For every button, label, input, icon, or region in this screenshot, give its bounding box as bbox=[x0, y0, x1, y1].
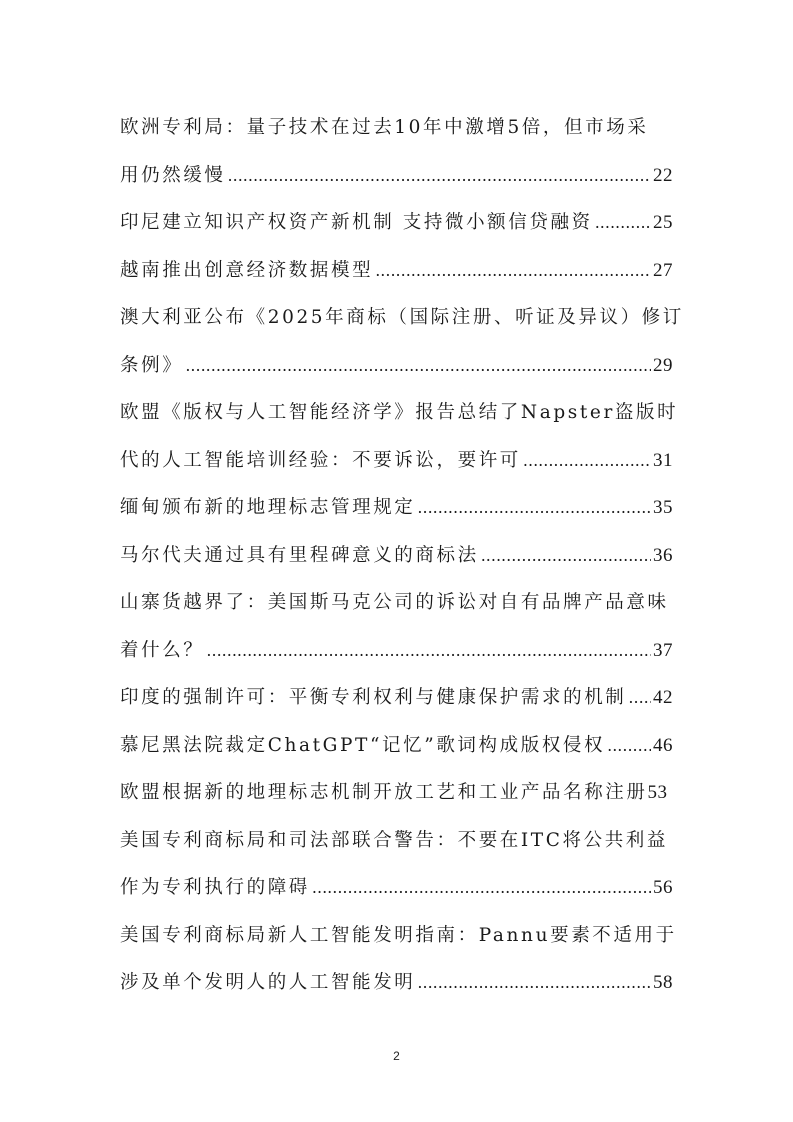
toc-entry-line: 欧盟根据新的地理标志机制开放工艺和工业产品名称注册53 bbox=[120, 769, 673, 817]
toc-entry-line: 印度的强制许可：平衡专利权利与健康保护需求的机制42 bbox=[120, 674, 673, 722]
toc-entry-title: 慕尼黑法院裁定ChatGPT“记忆”歌词构成版权侵权 bbox=[120, 722, 605, 770]
toc-entry-line: 缅甸颁布新的地理标志管理规定35 bbox=[120, 484, 673, 532]
dot-leader bbox=[628, 674, 651, 722]
toc-entry[interactable]: 缅甸颁布新的地理标志管理规定35 bbox=[120, 484, 673, 532]
toc-entry[interactable]: 澳大利亚公布《2025年商标（国际注册、听证及异议）修订 条例》29 bbox=[120, 294, 673, 389]
dot-leader bbox=[206, 627, 651, 675]
toc-entry-title: 着什么？ bbox=[120, 627, 204, 675]
dot-leader bbox=[595, 199, 651, 247]
toc-entry-title: 印度的强制许可：平衡专利权利与健康保护需求的机制 bbox=[120, 674, 626, 722]
toc-page-number: 36 bbox=[653, 532, 673, 580]
toc-page-number: 29 bbox=[653, 342, 673, 390]
toc-entry-line: 涉及单个发明人的人工智能发明58 bbox=[120, 959, 673, 1007]
toc-entry[interactable]: 印度的强制许可：平衡专利权利与健康保护需求的机制42 bbox=[120, 674, 673, 722]
toc-entry-line: 慕尼黑法院裁定ChatGPT“记忆”歌词构成版权侵权46 bbox=[120, 722, 673, 770]
toc-entry[interactable]: 山寨货越界了：美国斯马克公司的诉讼对自有品牌产品意味 着什么？37 bbox=[120, 579, 673, 674]
toc-entry-title: 印尼建立知识产权资产新机制 支持微小额信贷融资 bbox=[120, 199, 593, 247]
toc-entry-line: 印尼建立知识产权资产新机制 支持微小额信贷融资25 bbox=[120, 199, 673, 247]
toc-entry[interactable]: 越南推出创意经济数据模型27 bbox=[120, 247, 673, 295]
dot-leader bbox=[375, 247, 651, 295]
toc-entry[interactable]: 马尔代夫通过具有里程碑意义的商标法36 bbox=[120, 532, 673, 580]
toc-entry[interactable]: 欧洲专利局：量子技术在过去10年中激增5倍，但市场采 用仍然缓慢22 bbox=[120, 104, 673, 199]
toc-entry-line: 澳大利亚公布《2025年商标（国际注册、听证及异议）修订 bbox=[120, 294, 673, 342]
toc-page-number: 35 bbox=[653, 484, 673, 532]
toc-entry-title: 缅甸颁布新的地理标志管理规定 bbox=[120, 484, 415, 532]
toc-entry-line: 条例》29 bbox=[120, 342, 673, 390]
toc-entry[interactable]: 欧盟《版权与人工智能经济学》报告总结了Napster盗版时 代的人工智能培训经验… bbox=[120, 389, 673, 484]
dot-leader bbox=[607, 722, 651, 770]
dot-leader bbox=[417, 959, 651, 1007]
toc-entry-line: 欧盟《版权与人工智能经济学》报告总结了Napster盗版时 bbox=[120, 389, 673, 437]
toc-entry[interactable]: 美国专利商标局和司法部联合警告：不要在ITC将公共利益 作为专利执行的障碍56 bbox=[120, 817, 673, 912]
toc-page-number: 27 bbox=[653, 247, 673, 295]
toc-page-number: 56 bbox=[653, 864, 673, 912]
toc-entry[interactable]: 慕尼黑法院裁定ChatGPT“记忆”歌词构成版权侵权46 bbox=[120, 722, 673, 770]
toc-entry-line: 代的人工智能培训经验：不要诉讼，要许可31 bbox=[120, 437, 673, 485]
toc-entry-title: 代的人工智能培训经验：不要诉讼，要许可 bbox=[120, 437, 521, 485]
toc-entry-line: 作为专利执行的障碍56 bbox=[120, 864, 673, 912]
toc-entry-title: 越南推出创意经济数据模型 bbox=[120, 247, 373, 295]
toc-entry-title: 美国专利商标局新人工智能发明指南：Pannu要素不适用于 bbox=[120, 912, 677, 960]
toc-entry-title: 山寨货越界了：美国斯马克公司的诉讼对自有品牌产品意味 bbox=[120, 579, 669, 627]
toc-page-number: 22 bbox=[653, 152, 673, 200]
toc-entry-title: 条例》 bbox=[120, 342, 183, 390]
toc-page-number: 46 bbox=[653, 722, 673, 770]
toc-page-number: 58 bbox=[653, 959, 673, 1007]
toc-entry-title: 澳大利亚公布《2025年商标（国际注册、听证及异议）修订 bbox=[120, 294, 684, 342]
toc-entry-line: 马尔代夫通过具有里程碑意义的商标法36 bbox=[120, 532, 673, 580]
page-number: 2 bbox=[0, 1049, 793, 1063]
toc-entry-title: 马尔代夫通过具有里程碑意义的商标法 bbox=[120, 532, 479, 580]
toc-page-number: 31 bbox=[653, 437, 673, 485]
dot-leader bbox=[481, 532, 651, 580]
dot-leader bbox=[228, 152, 651, 200]
toc-page-number: 37 bbox=[653, 627, 673, 675]
toc-page-number: 25 bbox=[653, 199, 673, 247]
toc-page-number: 42 bbox=[653, 674, 673, 722]
dot-leader bbox=[185, 342, 651, 390]
toc-entry-line: 越南推出创意经济数据模型27 bbox=[120, 247, 673, 295]
toc-entry-line: 欧洲专利局：量子技术在过去10年中激增5倍，但市场采 bbox=[120, 104, 673, 152]
toc-entry-line: 着什么？37 bbox=[120, 627, 673, 675]
toc-entry-title: 涉及单个发明人的人工智能发明 bbox=[120, 959, 415, 1007]
table-of-contents: 欧洲专利局：量子技术在过去10年中激增5倍，但市场采 用仍然缓慢22 印尼建立知… bbox=[120, 104, 673, 1007]
toc-entry-title: 作为专利执行的障碍 bbox=[120, 864, 310, 912]
toc-entry-title: 美国专利商标局和司法部联合警告：不要在ITC将公共利益 bbox=[120, 817, 668, 865]
toc-entry-line: 山寨货越界了：美国斯马克公司的诉讼对自有品牌产品意味 bbox=[120, 579, 673, 627]
toc-entry-line: 美国专利商标局和司法部联合警告：不要在ITC将公共利益 bbox=[120, 817, 673, 865]
toc-entry-title: 用仍然缓慢 bbox=[120, 152, 226, 200]
toc-entry-title: 欧盟根据新的地理标志机制开放工艺和工业产品名称注册 bbox=[120, 769, 648, 817]
dot-leader bbox=[312, 864, 651, 912]
dot-leader bbox=[417, 484, 651, 532]
toc-entry-line: 用仍然缓慢22 bbox=[120, 152, 673, 200]
toc-entry-title: 欧盟《版权与人工智能经济学》报告总结了Napster盗版时 bbox=[120, 389, 678, 437]
toc-entry-line: 美国专利商标局新人工智能发明指南：Pannu要素不适用于 bbox=[120, 912, 673, 960]
toc-entry[interactable]: 欧盟根据新的地理标志机制开放工艺和工业产品名称注册53 bbox=[120, 769, 673, 817]
toc-entry-title: 欧洲专利局：量子技术在过去10年中激增5倍，但市场采 bbox=[120, 104, 648, 152]
dot-leader bbox=[523, 437, 651, 485]
toc-entry[interactable]: 美国专利商标局新人工智能发明指南：Pannu要素不适用于 涉及单个发明人的人工智… bbox=[120, 912, 673, 1007]
toc-entry[interactable]: 印尼建立知识产权资产新机制 支持微小额信贷融资25 bbox=[120, 199, 673, 247]
toc-page-number: 53 bbox=[648, 769, 668, 817]
